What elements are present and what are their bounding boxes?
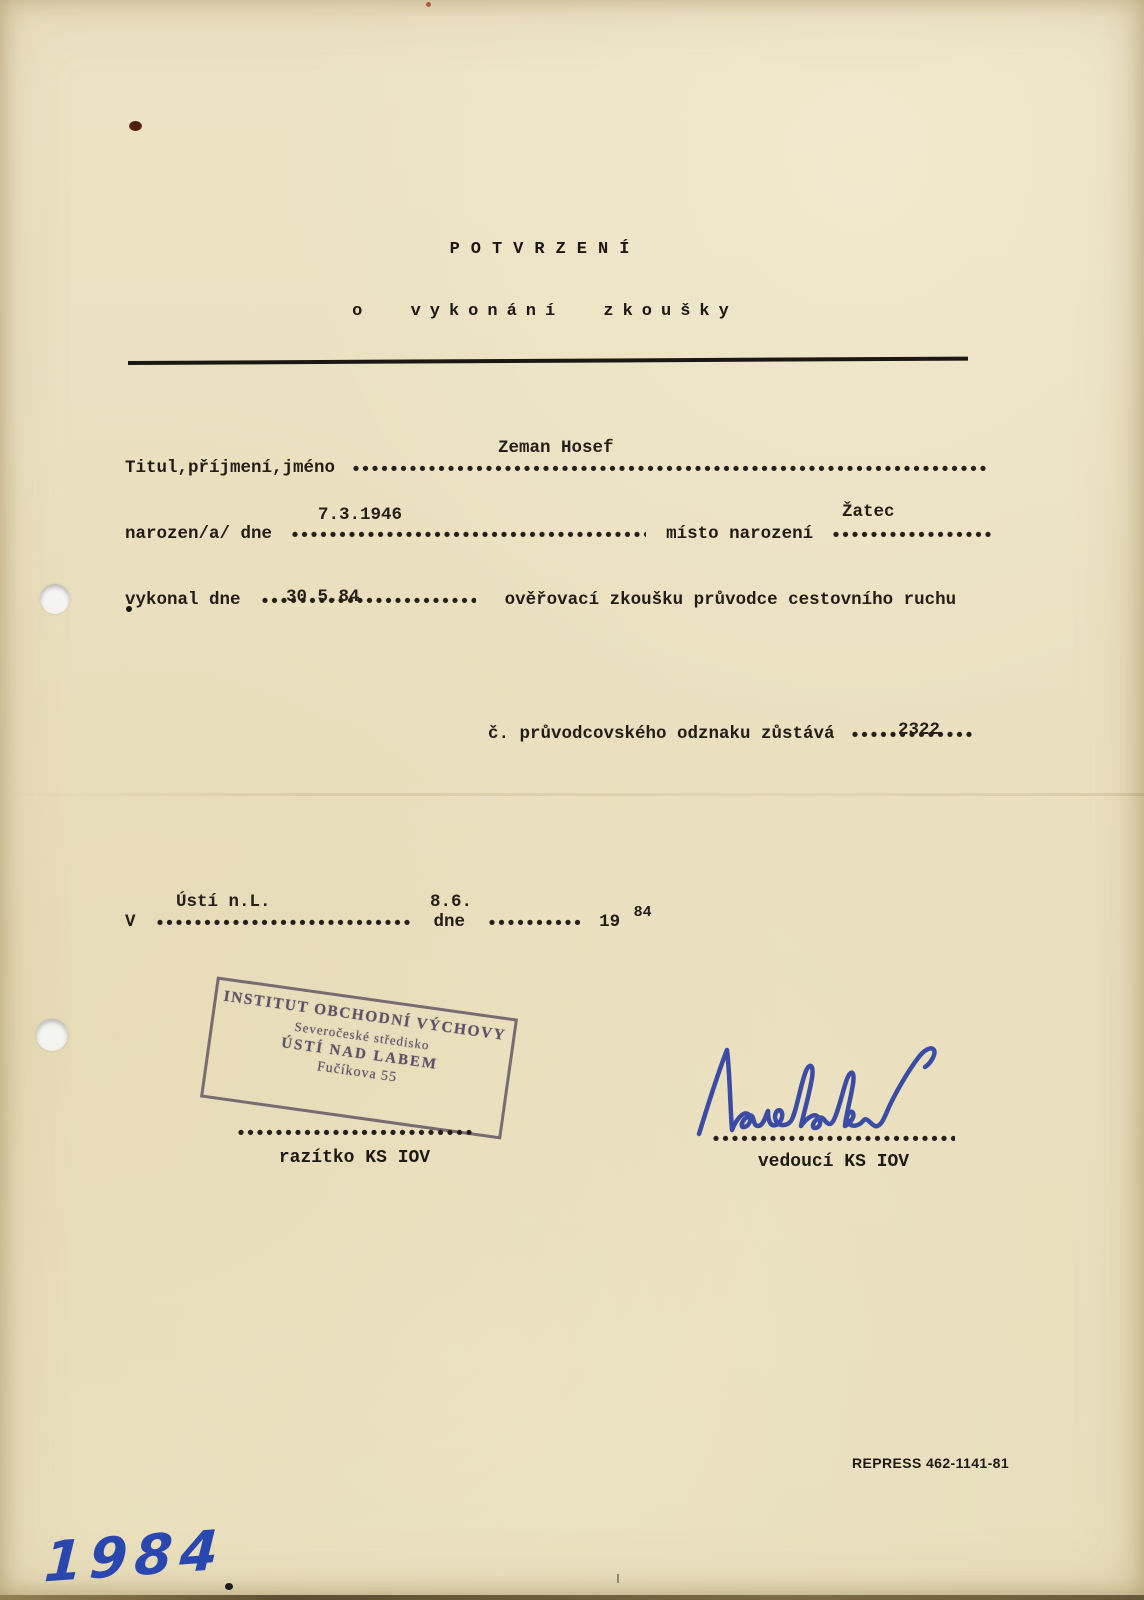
title-rule	[128, 357, 968, 365]
signature-caption: vedoucí KS IOV	[712, 1152, 955, 1172]
ink-spot	[129, 121, 142, 131]
badge-number-label: č. průvodcovského odznaku zůstává	[488, 724, 835, 744]
paper-speck	[126, 606, 132, 612]
signature-ink	[693, 1036, 968, 1141]
title-line-2: o vykonání zkoušky	[352, 302, 738, 321]
exam-description: ověřovací zkoušku průvodce cestovního ru…	[505, 590, 957, 610]
document-page: POTVRZENÍ o vykonání zkoušky Titul,příjm…	[0, 0, 1144, 1600]
office-stamp: INSTITUT OBCHODNÍ VÝCHOVY Severočeské st…	[200, 976, 518, 1139]
print-code: REPRESS 462-1141-81	[852, 1455, 1009, 1471]
scan-edge	[0, 1595, 1144, 1600]
birth-field-row: narozen/a/ dne místo narození	[125, 524, 992, 544]
issue-date-dotted-line	[488, 912, 583, 926]
document-title: POTVRZENÍ	[0, 240, 1090, 259]
signature-dotted-line	[712, 1128, 955, 1142]
issue-century: 19	[599, 912, 620, 932]
birthplace-dotted-line	[832, 524, 992, 538]
birth-date-dotted-line	[291, 524, 646, 538]
paper-speck	[426, 2, 431, 7]
handwritten-year-annotation: 1984	[43, 1517, 227, 1594]
issue-place-value: Ústí n.L.	[176, 892, 271, 912]
issue-year-superscript: 84	[634, 903, 652, 923]
paper-speck	[225, 1583, 233, 1590]
issue-date-value: 8.6.	[430, 892, 472, 912]
birth-date-label: narozen/a/ dne	[125, 524, 272, 544]
stamp-dotted-line	[237, 1122, 472, 1136]
stamp-caption: razítko KS IOV	[237, 1148, 472, 1168]
exam-field-row: vykonal dne ověřovací zkoušku průvodce c…	[125, 590, 956, 610]
fold-crease	[0, 793, 1144, 796]
exam-date-value: 30.5.84	[286, 587, 360, 607]
name-field-label: Titul,příjmení,jméno	[125, 458, 335, 478]
name-field-dotted-line	[352, 458, 987, 472]
issue-place-dotted-line	[156, 912, 411, 926]
birthplace-label: místo narození	[666, 524, 813, 544]
title-line-1: POTVRZENÍ	[450, 240, 641, 259]
birth-date-value: 7.3.1946	[318, 505, 402, 525]
issue-place-prefix: V	[125, 912, 136, 932]
name-field-value: Zeman Hosef	[498, 438, 614, 458]
name-field-row: Titul,příjmení,jméno	[125, 458, 987, 478]
punch-hole-top	[40, 584, 70, 614]
birthplace-value: Žatec	[842, 502, 895, 522]
document-subtitle: o vykonání zkoušky	[0, 302, 1090, 321]
punch-hole-bottom	[36, 1019, 68, 1051]
paper-speck	[617, 1574, 619, 1583]
exam-date-label: vykonal dne	[125, 590, 241, 610]
issue-field-row: V dne 19 84	[125, 912, 652, 933]
issue-dne-label: dne	[434, 912, 466, 932]
badge-number-value: 2322	[898, 720, 940, 740]
